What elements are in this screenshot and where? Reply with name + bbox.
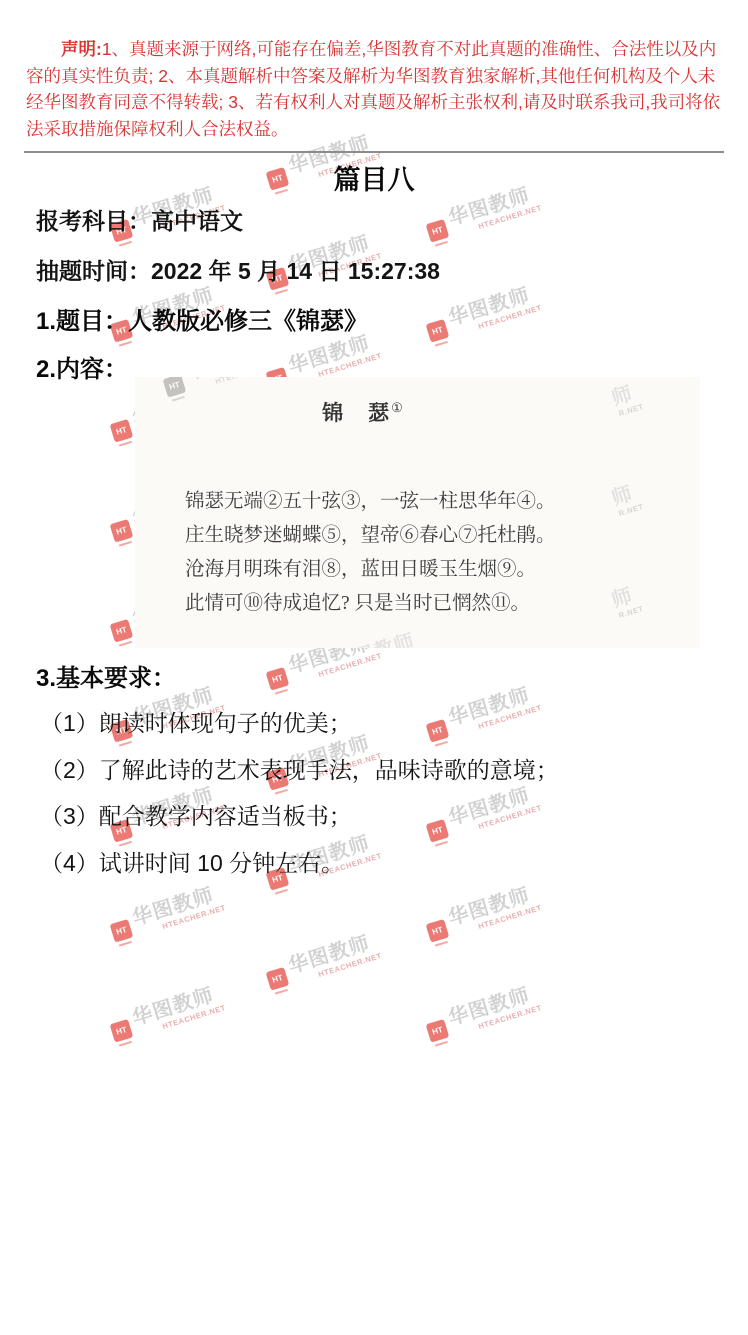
page-title: 篇目八 xyxy=(0,158,748,197)
subject-value: 高中语文 xyxy=(151,208,243,234)
requirements-heading: 3.基本要求： xyxy=(36,658,176,693)
subject-line: 报考科目：高中语文 xyxy=(36,203,243,236)
watermark-site: R.NET xyxy=(618,605,645,620)
disclaimer: 声明:1、真题来源于网络,可能存在偏差,华图教育不对此真题的准确性、合法性以及内… xyxy=(26,36,722,142)
huatu-logo-icon: HT xyxy=(110,919,134,943)
poem-body: 锦瑟无端②五十弦③，一弦一柱思华年④。 庄生晓梦迷蝴蝶⑤，望帝⑥春心⑦托杜鹃。 … xyxy=(185,485,556,621)
watermark-brand: 师 xyxy=(610,482,642,509)
watermark-site: HTEACHER.NET xyxy=(477,904,542,930)
watermark: 师R.NET xyxy=(610,584,645,620)
disclaimer-text: 1、真题来源于网络,可能存在偏差,华图教育不对此真题的准确性、合法性以及内容的真… xyxy=(26,39,720,139)
huatu-logo-icon: HT xyxy=(426,1019,450,1043)
huatu-logo-icon: HT xyxy=(426,219,450,243)
poem-title: 锦 瑟① xyxy=(185,397,540,427)
watermark: HT华图教师HTEACHER.NET xyxy=(263,931,383,993)
huatu-logo-icon: HT xyxy=(163,377,187,398)
requirement-item: （1）朗读时体现句子的优美； xyxy=(40,700,559,747)
watermark-brand: 华图教师 xyxy=(331,629,425,648)
poem-image: HT华图教师HTEACHER.NETHT华图教师HTEACHER.NET师R.N… xyxy=(135,377,700,648)
watermark: HT华图教师HTEACHER.NET xyxy=(107,883,227,945)
watermark-site: HTEACHER.NET xyxy=(477,204,542,230)
watermark-brand: 华图教师 xyxy=(446,983,540,1029)
watermark-brand: 华图教师 xyxy=(130,883,224,929)
watermark-site: R.NET xyxy=(618,403,645,418)
huatu-logo-icon: HT xyxy=(110,1019,134,1043)
huatu-logo-icon: HT xyxy=(426,319,450,343)
huatu-logo-icon: HT xyxy=(110,419,134,443)
watermark-site: HTEACHER.NET xyxy=(477,304,542,330)
requirement-item: （4）试讲时间 10 分钟左右。 xyxy=(40,840,559,887)
watermark: HT华图教师HTEACHER.NET xyxy=(423,983,543,1045)
watermark: HT华图教师HTEACHER.NET xyxy=(107,983,227,1045)
watermark-site: HTEACHER.NET xyxy=(477,1004,542,1030)
watermark-brand: 华图教师 xyxy=(446,283,540,329)
huatu-logo-icon: HT xyxy=(110,619,134,643)
requirements-list: （1）朗读时体现句子的优美； （2）了解此诗的艺术表现手法，品味诗歌的意境； （… xyxy=(40,700,559,886)
subject-label: 报考科目： xyxy=(36,208,151,234)
document-page: HT华图教师HTEACHER.NETHT华图教师HTEACHER.NETHT华图… xyxy=(0,0,748,1335)
watermark-site: HTEACHER.NET xyxy=(317,352,382,378)
huatu-logo-icon: HT xyxy=(110,519,134,543)
watermark-brand: 师 xyxy=(610,584,642,611)
watermark: 师R.NET xyxy=(610,482,645,518)
watermark-brand: 华图教师 xyxy=(446,883,540,929)
watermark: HT华图教师HTEACHER.NET xyxy=(308,629,428,648)
requirement-item: （2）了解此诗的艺术表现手法，品味诗歌的意境； xyxy=(40,747,559,794)
time-label: 抽题时间： xyxy=(36,258,151,284)
watermark-brand: 华图教师 xyxy=(130,983,224,1029)
huatu-logo-icon: HT xyxy=(266,967,290,991)
watermark: HT华图教师HTEACHER.NET xyxy=(423,883,543,945)
watermark-site: HTEACHER.NET xyxy=(317,952,382,978)
poem-title-note: ① xyxy=(391,400,403,415)
huatu-logo-icon: HT xyxy=(426,919,450,943)
question-heading: 1.题目：人教版必修三《锦瑟》 xyxy=(36,301,368,336)
poem-line: 此情可⑩待成追忆? 只是当时已惘然⑪。 xyxy=(185,587,556,621)
watermark: 师R.NET xyxy=(610,382,645,418)
watermark-site: HTEACHER.NET xyxy=(317,652,382,678)
poem-line: 沧海月明珠有泪⑧，蓝田日暖玉生烟⑨。 xyxy=(185,553,556,587)
watermark: HT华图教师HTEACHER.NET xyxy=(423,283,543,345)
disclaimer-label: 声明: xyxy=(61,39,102,59)
watermark-brand: 师 xyxy=(610,382,642,409)
poem-line: 庄生晓梦迷蝴蝶⑤，望帝⑥春心⑦托杜鹃。 xyxy=(185,519,556,553)
watermark-brand: 华图教师 xyxy=(286,931,380,977)
watermark-site: R.NET xyxy=(618,503,645,518)
watermark-brand: 华图教师 xyxy=(286,331,380,377)
huatu-logo-icon: HT xyxy=(266,667,290,691)
time-value: 2022 年 5 月 14 日 15:27:38 xyxy=(151,258,440,284)
watermark-brand: 华图教师 xyxy=(183,377,277,384)
watermark-site: HTEACHER.NET xyxy=(161,1004,226,1030)
watermark-site: HTEACHER.NET xyxy=(214,377,279,385)
time-line: 抽题时间：2022 年 5 月 14 日 15:27:38 xyxy=(36,253,440,286)
separator-line xyxy=(24,151,724,153)
content-heading: 2.内容： xyxy=(36,349,128,384)
question-label: 1.题目： xyxy=(36,308,128,335)
poem-line: 锦瑟无端②五十弦③，一弦一柱思华年④。 xyxy=(185,485,556,519)
watermark-site: HTEACHER.NET xyxy=(161,904,226,930)
requirement-item: （3）配合教学内容适当板书； xyxy=(40,793,559,840)
question-value: 人教版必修三《锦瑟》 xyxy=(128,308,368,335)
